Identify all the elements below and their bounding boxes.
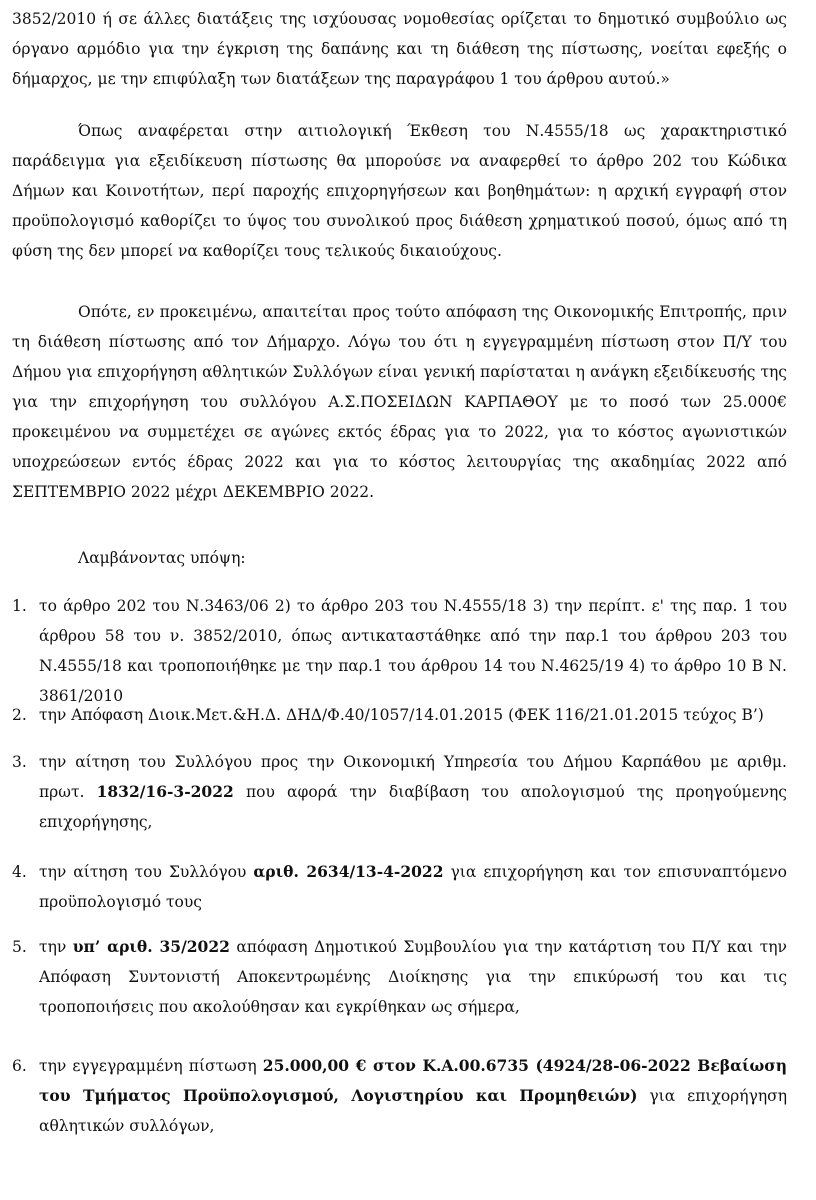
paragraph-continuation: 3852/2010 ή σε άλλες διατάξεις της ισχύο… [12,4,787,94]
list-item-4: 4. την αίτηση του Συλλόγου αριθ. 2634/13… [12,857,787,917]
list-item-3: 3. την αίτηση του Συλλόγου προς την Οικο… [12,747,787,837]
paragraph-explanatory-report: Όπως αναφέρεται στην αιτιολογική Έκθεση … [12,116,787,266]
list-number: 1. [12,591,39,711]
list-item-5: 5. την υπ’ αριθ. 35/2022 απόφαση Δημοτικ… [12,932,787,1022]
document-page: 3852/2010 ή σε άλλες διατάξεις της ισχύο… [0,0,816,1200]
list-text: την υπ’ αριθ. 35/2022 απόφαση Δημοτικού … [39,932,787,1022]
list-item-1: 1. το άρθρο 202 του Ν.3463/06 2) το άρθρ… [12,591,787,711]
list-text: την Απόφαση Διοικ.Μετ.&Η.Δ. ΔΗΔ/Φ.40/105… [39,700,787,730]
list-number: 4. [12,857,39,917]
list-number: 3. [12,747,39,837]
list-item-2: 2. την Απόφαση Διοικ.Μετ.&Η.Δ. ΔΗΔ/Φ.40/… [12,700,787,730]
paragraph-considering: Λαμβάνοντας υπόψη: [12,543,787,573]
list-number: 6. [12,1051,39,1141]
list-number: 2. [12,700,39,730]
list-number: 5. [12,932,39,1022]
list-text: το άρθρο 202 του Ν.3463/06 2) το άρθρο 2… [39,591,787,711]
list-text: την αίτηση του Συλλόγου αριθ. 2634/13-4-… [39,857,787,917]
list-text: την αίτηση του Συλλόγου προς την Οικονομ… [39,747,787,837]
paragraph-decision-requirement: Οπότε, εν προκειμένω, απαιτείται προς το… [12,297,787,507]
list-item-6: 6. την εγγεγραμμένη πίστωση 25.000,00 € … [12,1051,787,1141]
list-text: την εγγεγραμμένη πίστωση 25.000,00 € στο… [39,1051,787,1141]
